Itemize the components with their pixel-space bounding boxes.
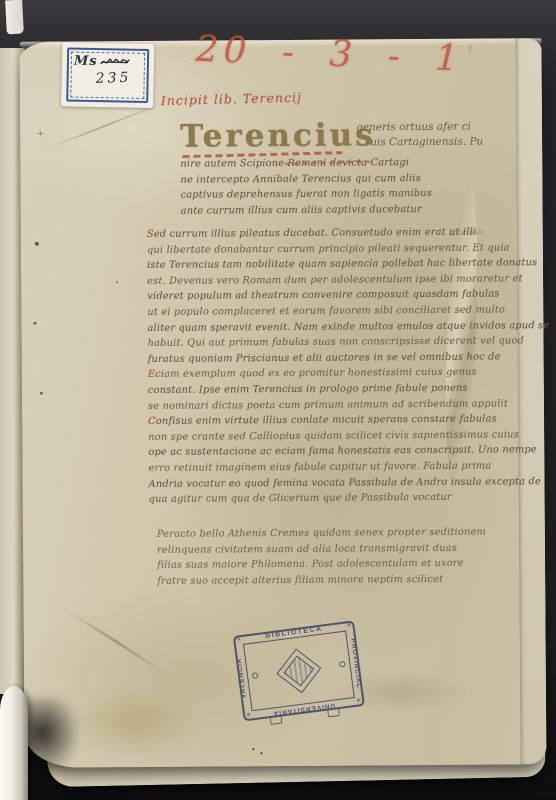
shelfmark-label: Ms 235: [61, 42, 154, 108]
text-line: qua agitur cum qua de Glicerium que de P…: [149, 490, 489, 508]
rolled-page-edge: [0, 686, 28, 800]
corner-mark: 1: [468, 45, 474, 55]
parchment-crease: [42, 101, 166, 151]
ink-speck: [252, 748, 254, 750]
cross-doodle: +: [36, 130, 44, 140]
manuscript-page: Ms 235 20 - 3 - 1 Incipit lib. Terencij …: [19, 38, 546, 768]
stamp-foot: [270, 716, 283, 725]
text-paragraph-3: Peracto bello Athenis Cremes quidam sene…: [157, 525, 469, 590]
text-line: ante currum illius cum aliis captivis du…: [181, 202, 449, 219]
text-line: ut ei populo complaceret et eorum favore…: [147, 303, 487, 321]
text-line: Eciam exemplum quod ex eo promitur hones…: [148, 365, 488, 383]
text-line: fratre suo accepit alterius filiam minor…: [157, 571, 469, 589]
text-paragraph-2: Sed currum illius pileatus ducebat. Cons…: [147, 225, 489, 508]
binding-tab: [5, 0, 24, 34]
text-line: ne intercepto Annibale Terencius qui cum…: [180, 170, 448, 187]
pinhole: [190, 61, 192, 63]
text-paragraph-1: nire autem Scipione Romani devicta Carta…: [180, 155, 448, 219]
library-stamp: ✳ ✳ ✳ ✳ BIBLIOTECA UNIVERSITARIA VALENCI…: [233, 620, 365, 721]
label-prefix: Ms: [74, 55, 98, 69]
page-right-edge: [515, 38, 546, 764]
foxing-spot: [116, 281, 118, 283]
stamp-ornament: ✳: [346, 623, 352, 630]
text-line: erro retinuit imaginem eius fabule capit…: [148, 458, 488, 476]
wormhole-spot: [35, 242, 39, 246]
stamp-ornament: ✳: [236, 637, 242, 644]
page-curl-shadow: [22, 698, 80, 776]
text-line: se nominari dictus poeta cum primum anim…: [148, 396, 488, 414]
ink-scribble: [100, 55, 130, 70]
stamp-ornament: ✳: [356, 698, 362, 705]
label-number: 235: [95, 71, 131, 86]
wormhole-spot: [33, 322, 36, 325]
text-line: est. Devenus vero Romam dum per adolesce…: [147, 271, 487, 289]
text-line: nire autem Scipione Romani devicta Carta…: [180, 155, 448, 172]
stamp-ornament: ✳: [246, 712, 252, 719]
stamp-foot: [327, 708, 340, 717]
chalk-shelfmark: 20 - 3 - 1: [195, 27, 464, 83]
text-line: captivus deprehensus fuerat non ligatis …: [180, 186, 448, 203]
stamp-emblem-shield: [283, 655, 314, 686]
heading-side-line: uis Cartaginensis. Pu: [370, 135, 483, 150]
text-line: non spe crante sed Calliopius quidam sci…: [148, 427, 488, 445]
heading-side-line: generis ortuus afer ci: [356, 120, 471, 135]
parchment-stain: [68, 687, 198, 758]
parchment-crease: [66, 609, 169, 676]
wormhole-spot: [40, 392, 43, 395]
text-line: qui libertate donabantur currum principi…: [147, 240, 487, 258]
opening-display-word: Terencius: [180, 117, 376, 154]
ink-speck: [260, 752, 262, 754]
marginal-note: conclusio: [449, 228, 485, 237]
text-line: habuit. Qui aut primum fabulas suas non …: [148, 334, 488, 352]
rubric-incipit: Incipit lib. Terencij: [161, 91, 302, 108]
